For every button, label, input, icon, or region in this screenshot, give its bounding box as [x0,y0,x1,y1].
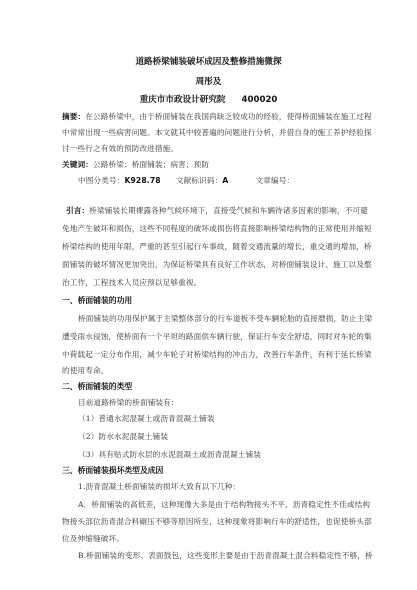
section-2-item-2: （2）防水水泥混凝土铺装 [78,431,356,443]
article-no-label: 文章编号： [256,176,295,185]
section-3-intro: 1.沥青混凝土桥面铺装的损坏大致有以下几种： [78,481,356,493]
classification: 中图分类号：K928.78 文献标识码：A 文章编号： [78,175,356,187]
section-1-line-3: 中荷载起一定分布作用，减少车轮子对桥梁结构的冲击力，改善行车条件，有利于延长桥梁 [62,349,356,361]
postcode: 400020 [242,95,278,105]
document-title: 道路桥梁铺装破坏成因及整修措施微探 [0,56,417,68]
intro-line-4: 面铺装的破坏情况更加突出，为保证桥梁具有良好工作状态，对桥面铺装设计、施工以及整 [62,259,356,271]
abstract-line-3: 讨一些行之有效的预防改进措施。 [62,143,356,155]
keywords-text: 公路桥梁；桥面铺装；病害；预防 [93,160,209,169]
section-2-item-3: （3）具有贴式防水层的水泥混凝土或沥青混凝土铺装 [78,449,356,461]
section-3-line-3: 位及伸缩缝破坏。 [62,533,356,545]
abstract-line-2: 中常常出现一些病害问题。本文就其中较普遍的问题进行分析，并借自身的施工养护经验探 [62,127,356,139]
document-page: 道路桥梁铺装破坏成因及整修措施微探 周彤及 重庆市市政设计研究院 400020 … [0,0,417,590]
intro-line-3: 桥梁结构的使用年限，严重的甚至引起行车事故，随着交通流量的增长，重交通的增加，桥 [62,241,356,253]
abstract-line-1: 摘要：在公路桥梁中，由于桥面铺装在我国尚缺乏较成功的经验，使得桥面铺装在施工过程 [62,111,356,123]
section-2-intro: 目前道路桥梁的桥面铺装有： [78,397,356,409]
doc-id-label: 文献标识码： [176,176,222,185]
section-1-line-2: 遭受雨水侵蚀，使桥面有一个平坦的路面供车辆行驶，保证行车安全舒适，同时对车轮的集 [62,331,356,343]
section-1-line-4: 的使用寿命。 [62,365,356,377]
intro-line-5: 治工作，工程技术人员应预以足够重视。 [62,277,356,289]
clc-label: 中图分类号： [78,176,124,185]
abstract-label: 摘要： [62,112,85,121]
section-3-heading: 三、桥面铺装损坏类型及成因 [62,465,163,477]
intro-line-1: 引言：桥梁铺装长期裸露各种气候环境下，直接受气候和车辆待诸多因素的影响，不可避 [66,205,360,217]
author-name: 周彤及 [0,76,417,88]
affiliation-name: 重庆市市政设计研究院 [140,95,226,105]
section-3-line-2: 物接头部位沥青混合料碾压不够等原因所至，这种现象将影响行车的舒适性，也促使桥头部 [62,516,356,528]
intro-text: 桥梁铺装长期裸露各种气候环境下，直接受气候和车辆待诸多因素的影响，不可避 [89,206,368,215]
keywords-label: 关键词： [62,160,93,169]
doc-id-value: A [222,176,228,185]
section-3-line-4: B.桥面铺装的变形、表面鼓包，这些变形主要是由于沥青混凝土混合料稳定性不够，桥 [78,550,356,562]
keywords: 关键词：公路桥梁；桥面铺装；病害；预防 [62,159,356,171]
affiliation: 重庆市市政设计研究院 400020 [0,94,417,106]
intro-label: 引言： [66,206,89,215]
section-3-line-1: A．桥面铺装的高低差，这种现像大多是由于结构物接头不平，沥青稳定性不佳或结构 [78,499,356,511]
section-1-line-1: 桥面铺装的功用保护属于主梁整体部分的行车道板不受车辆轮胎的直接磨损，防止主梁 [78,313,356,325]
abstract-text: 在公路桥梁中，由于桥面铺装在我国尚缺乏较成功的经验，使得桥面铺装在施工过程 [85,112,372,121]
clc-value: K928.78 [124,176,160,185]
section-2-item-1: （1）普通水泥混凝土或沥青混凝土铺装 [78,413,356,425]
intro-line-2: 免地产生破坏和损伤，这些不同程度的破坏或损伤将直接影响桥梁结构物的正常使用并缩短 [62,223,356,235]
section-2-heading: 二、桥面铺装的类型 [62,381,132,393]
section-1-heading: 一、桥面铺装的功用 [62,295,132,307]
